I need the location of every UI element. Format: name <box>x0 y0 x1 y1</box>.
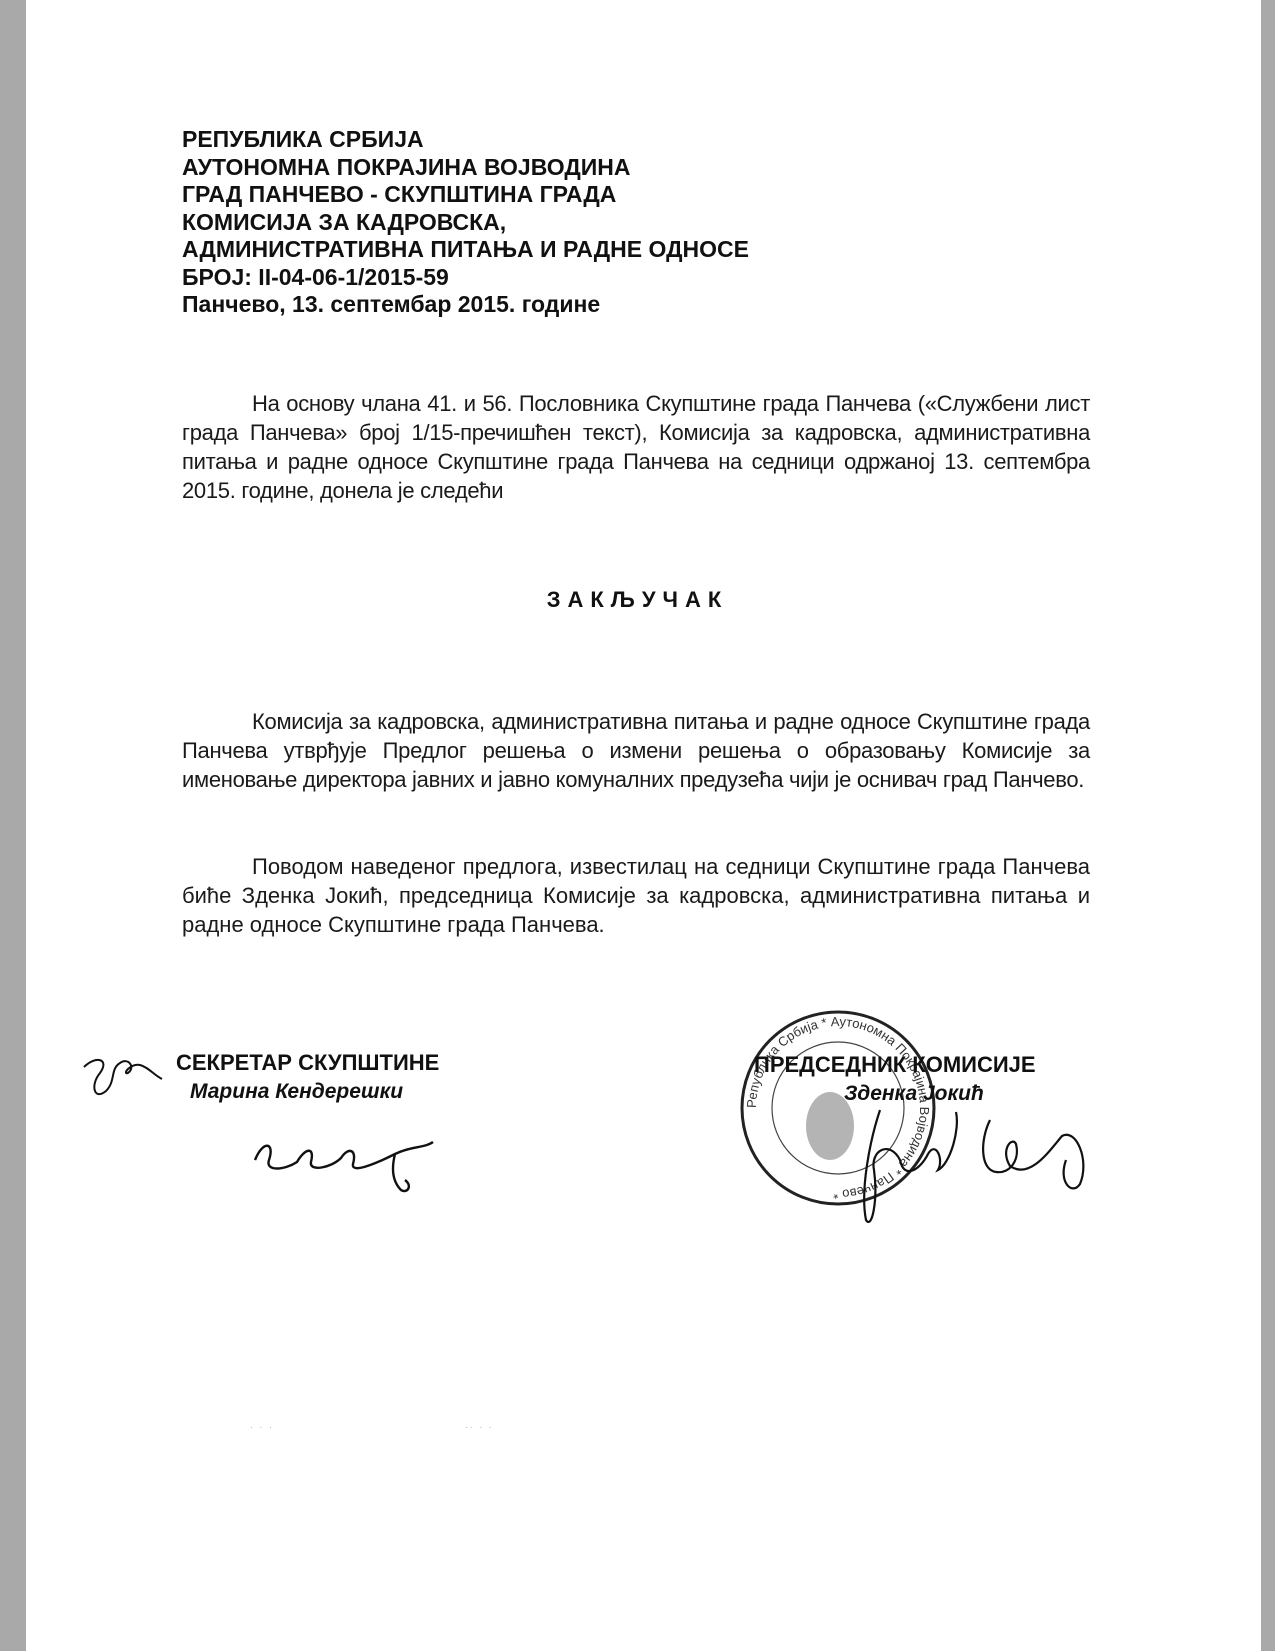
secretary-role: СЕКРЕТАР СКУПШТИНЕ <box>176 1050 439 1076</box>
header-line-country: РЕПУБЛИКА СРБИЈА <box>182 126 749 154</box>
header-line-commission: КОМИСИЈА ЗА КАДРОВСКА, <box>182 209 749 237</box>
body-paragraph-1: Комисија за кадровска, административна п… <box>182 707 1090 794</box>
initials-scribble-icon <box>76 1045 166 1105</box>
secretary-name: Марина Кендерешки <box>190 1080 439 1104</box>
header-line-commission-2: АДМИНИСТРАТИВНА ПИТАЊА И РАДНЕ ОДНОСЕ <box>182 236 749 264</box>
document-title: ЗАКЉУЧАК <box>0 587 1275 613</box>
preamble-paragraph: На основу члана 41. и 56. Пословника Ску… <box>182 389 1090 505</box>
president-role: ПРЕДСЕДНИК КОМИСИЈЕ <box>754 1052 1036 1078</box>
preamble-text: На основу члана 41. и 56. Пословника Ску… <box>182 391 1090 503</box>
body-text-2: Поводом наведеног предлога, известилац н… <box>182 854 1090 937</box>
scan-artifacts: . . . .. . . <box>250 1420 494 1431</box>
signature-block-secretary: СЕКРЕТАР СКУПШТИНЕ Марина Кендерешки <box>176 1050 439 1104</box>
header-line-province: АУТОНОМНА ПОКРАЈИНА ВОЈВОДИНА <box>182 154 749 182</box>
header-line-city: ГРАД ПАНЧЕВО - СКУПШТИНА ГРАДА <box>182 181 749 209</box>
header-line-date: Панчево, 13. септембар 2015. године <box>182 291 749 319</box>
body-paragraph-2: Поводом наведеног предлога, известилац н… <box>182 852 1090 939</box>
document-header: РЕПУБЛИКА СРБИЈА АУТОНОМНА ПОКРАЈИНА ВОЈ… <box>182 126 749 319</box>
signature-block-president: ПРЕДСЕДНИК КОМИСИЈЕ Зденка Јокић <box>754 1052 1036 1106</box>
president-signature-icon <box>840 1100 1110 1230</box>
body-text-1: Комисија за кадровска, административна п… <box>182 709 1090 792</box>
header-line-number: БРОЈ: II-04-06-1/2015-59 <box>182 264 749 292</box>
secretary-signature-icon <box>245 1120 455 1200</box>
